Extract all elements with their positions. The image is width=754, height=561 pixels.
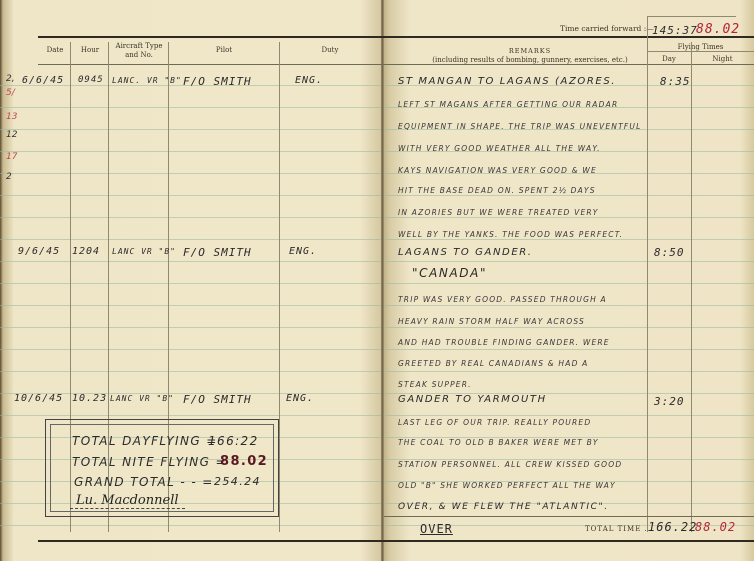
entry-duty: ENG. — [295, 75, 323, 86]
entry-pilot: F/O SMITH — [183, 246, 252, 259]
margin-note: 13 — [6, 112, 17, 122]
entry-remark-line: TRIP WAS VERY GOOD. PASSED THROUGH A — [398, 295, 607, 304]
entry-date: 9/6/45 — [18, 246, 60, 257]
divider-day-night — [691, 42, 692, 532]
entry-duty: ENG. — [289, 246, 317, 257]
total-time-day: 166.22 — [648, 520, 697, 534]
entry-hour: 10.23 — [72, 393, 107, 404]
col-remarks-sub: (including results of bombing, gunnery, … — [410, 56, 650, 65]
entry-remark-line: STEAK SUPPER. — [398, 380, 472, 389]
entry-remark-line: STATION PERSONNEL. ALL CREW KISSED GOOD — [398, 460, 622, 469]
entry-day-time: 8:35 — [660, 75, 691, 88]
divider-remarks-day — [647, 16, 648, 532]
col-night: Night — [691, 55, 754, 64]
entry-remark-line: LEFT ST MAGANS AFTER GETTING OUR RADAR — [398, 100, 618, 109]
margin-note: 17 — [6, 152, 17, 162]
col-hour: Hour — [72, 46, 108, 55]
col-date: Date — [40, 46, 70, 55]
entry-hour: 1204 — [72, 246, 100, 257]
total-nite-value: 88.02 — [220, 454, 268, 469]
entry-date: 6/6/45 — [22, 75, 64, 86]
grand-total-label: GRAND TOTAL - - = — [74, 475, 214, 489]
entry-day-time: 8:50 — [654, 246, 685, 259]
over-note: OVER — [420, 522, 453, 536]
col-remarks-title: Remarks — [420, 47, 640, 56]
total-time-label: Total Time ... — [585, 525, 654, 534]
total-nite-label: TOTAL NITE FLYING = — [72, 455, 227, 469]
entry-remark-line: WELL BY THE YANKS. THE FOOD WAS PERFECT. — [398, 230, 623, 239]
total-time-night: 88.02 — [695, 520, 736, 534]
margin-note: 2, — [6, 74, 15, 84]
entry-remark-line: KAYS NAVIGATION WAS VERY GOOD & WE — [398, 166, 597, 175]
entry-remarks-title: ST MANGAN TO LAGANS (AZORES. — [398, 76, 616, 87]
entry-pilot: F/O SMITH — [183, 75, 252, 88]
col-aircraft: Aircraft Type and No. — [110, 42, 168, 60]
entry-day-time: 3:20 — [654, 395, 685, 408]
col-day: Day — [647, 55, 691, 64]
entry-remark-line: OVER, & WE FLEW THE "ATLANTIC". — [398, 502, 609, 512]
entry-pilot: F/O SMITH — [183, 393, 252, 406]
carried-forward-night: 88.02 — [696, 22, 740, 37]
entry-remark-line: HIT THE BASE DEAD ON. SPENT 2½ DAYS — [398, 186, 596, 195]
entry-remark-line: LAST LEG OF OUR TRIP. REALLY POURED — [398, 418, 591, 427]
grand-total-value: 254.24 — [214, 475, 261, 488]
footer-bottom-rule — [38, 540, 754, 542]
col-duty: Duty — [280, 46, 380, 55]
total-day-label: TOTAL DAYFLYING = — [72, 434, 218, 448]
entry-remarks-title: GANDER TO YARMOUTH — [398, 394, 547, 405]
entry-date: 10/6/45 — [14, 393, 63, 404]
entry-remarks-subtitle: "CANADA" — [412, 266, 487, 280]
signature: Lu. Macdonnell — [70, 493, 185, 509]
entry-hour: 0945 — [78, 75, 104, 85]
col-pilot: Pilot — [170, 46, 278, 55]
entry-remark-line: HEAVY RAIN STORM HALF WAY ACROSS — [398, 317, 585, 326]
time-carried-forward-label: Time carried forward :— — [560, 24, 654, 33]
margin-note: 5/ — [6, 88, 15, 98]
margin-note: 2 — [6, 172, 12, 182]
entry-duty: ENG. — [286, 393, 314, 404]
entry-remark-line: EQUIPMENT IN SHAPE. THE TRIP WAS UNEVENT… — [398, 122, 641, 131]
entry-remark-line: WITH VERY GOOD WEATHER ALL THE WAY. — [398, 144, 601, 153]
entry-remark-line: OLD "B" SHE WORKED PERFECT ALL THE WAY — [398, 481, 616, 490]
footer-top-rule — [384, 516, 754, 517]
margin-note: 12 — [6, 130, 17, 140]
divider-pilot-duty — [279, 42, 280, 532]
entry-aircraft: LANC. VR "B" — [112, 76, 182, 85]
total-day-value: 166:22 — [208, 434, 259, 448]
entry-remarks-title: LAGANS TO GANDER. — [398, 247, 533, 258]
entry-remark-line: IN AZORIES BUT WE WERE TREATED VERY — [398, 208, 599, 217]
entry-remark-line: GREETED BY REAL CANADIANS & HAD A — [398, 359, 588, 368]
logbook-page-spread: Time carried forward :— 145:37 88.02 Dat… — [0, 0, 754, 561]
entry-aircraft: LANC VR "B" — [112, 247, 176, 256]
entry-remark-line: THE COAL TO OLD B BAKER WERE MET BY — [398, 438, 599, 447]
col-flying-times: Flying Times — [647, 43, 754, 52]
entry-remark-line: AND HAD TROUBLE FINDING GANDER. WERE — [398, 338, 610, 347]
entry-aircraft: LANC VR "B" — [110, 394, 174, 403]
book-spine — [381, 0, 384, 561]
